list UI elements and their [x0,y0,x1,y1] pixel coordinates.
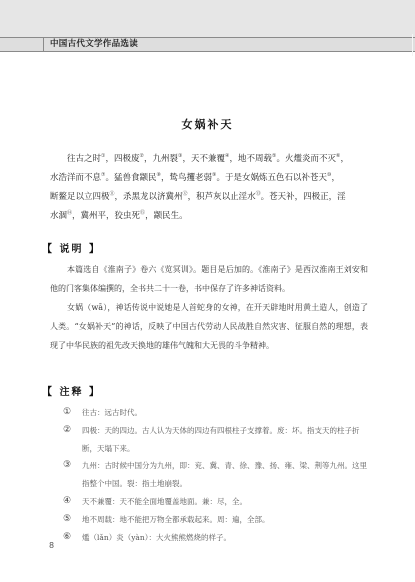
body-line: 水涸⑭，冀州平，狡虫死⑮，颛民生。 [50,207,368,226]
note-text: 爁（lǎn）炎（yàn）：大火熊熊燃烧的样子。 [82,533,231,542]
page-number: 8 [49,541,54,550]
body-text-segment: 水涸 [50,211,67,221]
note-number: ③ [63,457,71,475]
note-item: ⑤ 地不周载：地不能把万物全都承载起来。周：遍，全部。 [66,511,370,529]
note-number: ④ [63,493,71,511]
book-title: 中国古代文学作品选读 [50,38,138,51]
note-item: ⑥ 爁（lǎn）炎（yàn）：大火熊熊燃烧的样子。 [66,529,370,547]
body-text-segment: ，杀黑龙以济冀州 [115,192,183,202]
body-text-segment: 。苍天补，四极正，淫 [261,192,346,202]
body-text-segment: ，地不周载 [230,154,273,164]
body-text-segment: ，冀州平，狡虫死 [72,211,140,221]
note-number: ⑤ [63,511,71,529]
note-text: 往古：远古时代。 [82,408,142,417]
body-text-segment: ， [341,154,350,164]
header-divider [43,38,44,51]
note-number: ② [63,422,71,440]
body-text-segment: 。猛兽食颛民 [106,173,157,183]
body-text-segment: 。火爁炎而不灭 [277,154,337,164]
body-line: 往古之时①，四极废②，九州裂③，天不兼覆④，地不周载⑤。火爁炎而不灭⑥， [50,150,368,169]
body-line: 断鳌足以立四极⑪，杀黑龙以济冀州⑫，积芦灰以止淫水⑬。苍天补，四极正，淫 [50,188,368,207]
body-text-segment: ，鸷鸟攫老弱 [161,173,212,183]
note-text: 天不兼覆：天不能全面地覆盖地面。兼：尽，全。 [82,497,247,506]
body-text-segment: 水浩洋而不息 [50,173,101,183]
explanation-paragraph: 女娲（wā），神话传说中说她是人首蛇身的女神，在开天辟地时用黄土造人，创造了人类… [50,298,368,355]
running-header: 中国古代文学作品选读 [0,37,415,52]
header-edge [412,34,413,56]
note-item: ③ 九州：古时候中国分为九州，即：兖、冀、青、徐、豫、扬、雍、梁、荆等九州。这里… [66,457,370,493]
section-heading-notes: 【 注释 】 [42,383,101,398]
body-text-segment: ，九州裂 [144,154,178,164]
note-text: 地不周载：地不能把万物全都承载起来。周：遍，全部。 [82,515,270,524]
note-text: 九州：古时候中国分为九州，即：兖、冀、青、徐、豫、扬、雍、梁、荆等九州。这里指整… [82,461,367,488]
notes-list: ① 往古：远古时代。 ② 四极：天的四边。古人认为天体的四边有四根柱子支撑着。废… [66,404,370,546]
note-item: ② 四极：天的四边。古人认为天体的四边有四根柱子支撑着。废：坏。指支天的柱子折断… [66,422,370,458]
top-margin-band [0,0,415,37]
body-text-segment: ，天不兼覆 [183,154,226,164]
body-text-segment: 往古之时 [67,154,101,164]
body-text-segment: ， [332,173,341,183]
body-text-segment: 。于是女娲炼五色石以补苍天 [217,173,328,183]
note-number: ① [63,404,71,422]
body-text-segment: ，积芦灰以止淫水 [188,192,256,202]
body-line: 水浩洋而不息⑦。猛兽食颛民⑧，鸷鸟攫老弱⑨。于是女娲炼五色石以补苍天⑩， [50,169,368,188]
note-item: ④ 天不兼覆：天不能全面地覆盖地面。兼：尽，全。 [66,493,370,511]
section-heading-explanation: 【 说明 】 [42,240,101,255]
explanation-paragraph: 本篇选自《淮南子》卷六《览冥训》。题目是后加的。《淮南子》是西汉淮南王刘安和他的… [50,260,368,298]
body-text-segment: 断鳌足以立四极 [50,192,110,202]
body-text-segment: ，颛民生。 [145,211,188,221]
note-item: ① 往古：远古时代。 [66,404,370,422]
note-number: ⑥ [63,529,71,547]
body-text-segment: ，四极废 [106,154,140,164]
article-body: 往古之时①，四极废②，九州裂③，天不兼覆④，地不周载⑤。火爁炎而不灭⑥， 水浩洋… [50,150,368,226]
note-text: 四极：天的四边。古人认为天体的四边有四根柱子支撑着。废：坏。指支天的柱子折断，天… [82,426,360,453]
article-title: 女娲补天 [0,116,415,132]
explanation-text: 本篇选自《淮南子》卷六《览冥训》。题目是后加的。《淮南子》是西汉淮南王刘安和他的… [50,260,368,355]
